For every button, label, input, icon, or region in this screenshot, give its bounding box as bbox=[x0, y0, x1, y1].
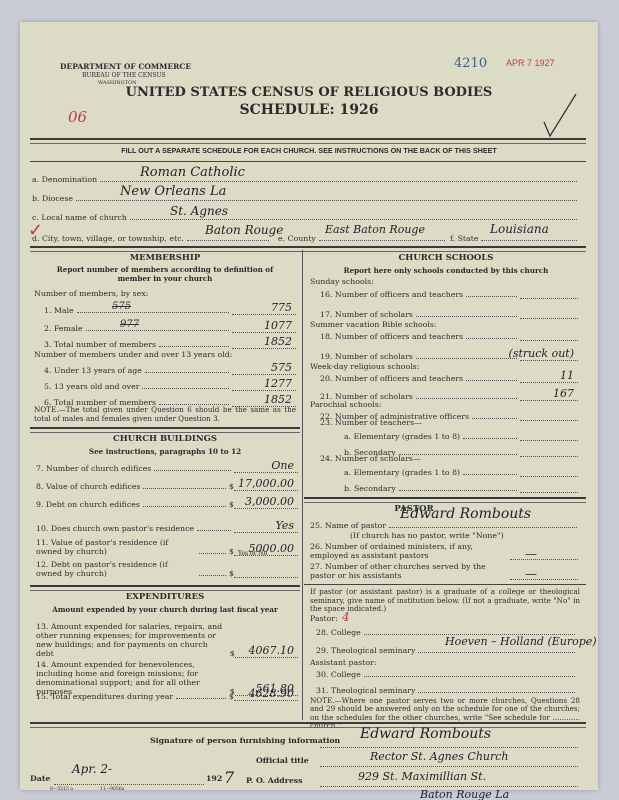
denomination-field[interactable]: a. Denomination bbox=[32, 170, 580, 184]
q26-label: 26. Number of ordained ministers, if any… bbox=[310, 542, 500, 560]
stamp-date: APR 7 1927 bbox=[506, 58, 555, 68]
state-value: Louisiana bbox=[490, 222, 549, 236]
pastor-label: Pastor: bbox=[310, 614, 338, 623]
buildings-q12: 12. Debt on pastor's residence (if owned… bbox=[36, 558, 298, 578]
graduate-note: If pastor (or assistant pastor) is a gra… bbox=[310, 588, 580, 614]
row-label: 10. Does church own pastor's residence bbox=[36, 524, 194, 533]
schools-q5: 21. Number of scholars167 bbox=[320, 388, 578, 401]
membership-q1-answer-field[interactable]: 775 bbox=[232, 302, 296, 315]
schools-q5-answer-field[interactable]: 167 bbox=[520, 388, 578, 401]
buildings-q7-answer-field[interactable]: One bbox=[234, 460, 298, 473]
row-label: 12. Debt on pastor's residence (if owned… bbox=[36, 560, 196, 578]
schools-q2: 18. Number of officers and teachers bbox=[320, 328, 578, 341]
q27-field[interactable] bbox=[510, 579, 578, 580]
department-label: DEPARTMENT OF COMMERCE bbox=[60, 62, 191, 71]
pastor-mark: 4 bbox=[342, 610, 350, 624]
checkmark-icon bbox=[540, 92, 580, 142]
schools-q11: a. Elementary (grades 1 to 8) bbox=[344, 464, 578, 477]
bureau-label: BUREAU OF THE CENSUS bbox=[82, 72, 166, 79]
date-field[interactable] bbox=[54, 784, 204, 785]
q26-value: — bbox=[525, 547, 537, 561]
local-name-value: St. Agnes bbox=[170, 204, 228, 218]
row-label: 15. Total expenditures during year bbox=[36, 692, 173, 701]
answer-value: 4628.90 bbox=[249, 687, 295, 700]
membership-q2-answer-field[interactable]: 1077 bbox=[232, 320, 296, 333]
schools-subheading: 23. Number of teachers— bbox=[320, 418, 422, 427]
answer-value: 167 bbox=[553, 387, 574, 400]
q26-field[interactable] bbox=[510, 559, 578, 560]
buildings-q11-answer-field[interactable]: 5000.00 bbox=[234, 543, 298, 556]
year-prefix: 192 bbox=[206, 774, 222, 783]
margin-mark: 06 bbox=[68, 108, 87, 126]
form-title: UNITED STATES CENSUS OF RELIGIOUS BODIES bbox=[20, 85, 598, 100]
schools-q4: 20. Number of officers and teachers11 bbox=[320, 370, 578, 383]
expenditures-q15: 15. Total expenditures during year$4628.… bbox=[36, 688, 298, 701]
row-label: 7. Number of church edifices bbox=[36, 464, 151, 473]
official-title-label: Official title bbox=[256, 756, 309, 765]
row-label: 18. Number of officers and teachers bbox=[320, 332, 463, 341]
membership-intro: Report number of members according to de… bbox=[40, 265, 290, 283]
membership-q5: 5. 13 years old and over1277 bbox=[44, 378, 296, 391]
schools-q0: 16. Number of officers and teachers bbox=[320, 286, 578, 299]
schools-q2-answer-field[interactable] bbox=[520, 328, 578, 341]
row-label: 13. Amount expended for salaries, repair… bbox=[36, 622, 224, 658]
answer-value: One bbox=[271, 459, 294, 472]
row-label: a. Elementary (grades 1 to 8) bbox=[344, 468, 460, 477]
answer-value: (struck out) bbox=[509, 347, 574, 360]
buildings-q11: 11. Value of pastor's residence (if owne… bbox=[36, 536, 298, 556]
schools-q9-answer-field[interactable] bbox=[520, 444, 578, 457]
census-schedule-sheet: DEPARTMENT OF COMMERCE BUREAU OF THE CEN… bbox=[20, 22, 598, 790]
buildings-q10: 10. Does church own pastor's residenceYe… bbox=[36, 520, 298, 533]
stamp-number: 4210 bbox=[454, 56, 487, 71]
county-value: East Baton Rouge bbox=[325, 223, 425, 236]
answer-value: 3,000.00 bbox=[245, 495, 294, 508]
buildings-q8-answer-field[interactable]: 17,000.00 bbox=[234, 478, 298, 491]
official-title-value: Rector St. Agnes Church bbox=[370, 750, 509, 763]
form-subtitle: SCHEDULE: 1926 bbox=[20, 102, 598, 118]
row-label: 5. 13 years old and over bbox=[44, 382, 139, 391]
membership-q6-answer-field[interactable]: 1852 bbox=[232, 394, 296, 407]
schools-intro: Report here only schools conducted by th… bbox=[306, 266, 586, 275]
answer-value: 1077 bbox=[264, 319, 292, 332]
date-label: Date bbox=[30, 774, 50, 783]
buildings-sub: See instructions, paragraphs 10 to 12 bbox=[30, 447, 300, 456]
membership-note: NOTE.—The total given under Question 6 s… bbox=[34, 405, 296, 423]
row-label: 2. Female bbox=[44, 324, 83, 333]
expenditures-q13: 13. Amount expended for salaries, repair… bbox=[36, 620, 298, 658]
official-title-field[interactable] bbox=[320, 766, 578, 767]
row-label: 21. Number of scholars bbox=[320, 392, 413, 401]
membership-q5-answer-field[interactable]: 1277 bbox=[232, 378, 296, 391]
membership-q3-answer-field[interactable]: 1852 bbox=[232, 336, 296, 349]
expenditures-q13-answer-field[interactable]: 4067.10 bbox=[235, 645, 298, 658]
q29-value: Hoeven – Holland (Europe) bbox=[445, 635, 597, 648]
row-label: a. Elementary (grades 1 to 8) bbox=[344, 432, 460, 441]
year-suffix: 7 bbox=[224, 768, 234, 787]
q27-value: — bbox=[525, 567, 537, 581]
membership-q6: 6. Total number of members1852 bbox=[44, 394, 296, 407]
schools-q12: b. Secondary bbox=[344, 480, 578, 493]
local-name-field[interactable]: c. Local name of church bbox=[32, 208, 580, 222]
answer-value: 5000.00 bbox=[249, 542, 295, 555]
row-label: 3. Total number of members bbox=[44, 340, 156, 349]
expenditures-heading: EXPENDITURES bbox=[30, 592, 300, 602]
address-field[interactable] bbox=[320, 786, 578, 787]
schools-q4-answer-field[interactable]: 11 bbox=[520, 370, 578, 383]
diocese-field[interactable]: b. Diocese bbox=[32, 189, 580, 203]
city-value: Baton Rouge bbox=[205, 223, 283, 237]
membership-q4-answer-field[interactable]: 575 bbox=[232, 362, 296, 375]
buildings-q9-answer-field[interactable]: 3,000.00 bbox=[234, 496, 298, 509]
address-line1: 929 St. Maximillian St. bbox=[358, 770, 486, 783]
answer-value: 575 bbox=[271, 361, 292, 374]
membership-q3: 3. Total number of members1852 bbox=[44, 336, 296, 349]
answer-value: 1852 bbox=[264, 335, 292, 348]
buildings-q8: 8. Value of church edifices$17,000.00 bbox=[36, 478, 298, 491]
membership-q4: 4. Under 13 years of age575 bbox=[44, 362, 296, 375]
schools-q11-answer-field[interactable] bbox=[520, 464, 578, 477]
membership-q2: 2. Female1077 bbox=[44, 320, 296, 333]
q31-field[interactable]: 31. Theological seminary bbox=[316, 682, 578, 695]
answer-value: 1277 bbox=[264, 377, 292, 390]
schools-q0-answer-field[interactable] bbox=[520, 286, 578, 299]
address-line2: Baton Rouge La bbox=[420, 788, 509, 800]
buildings-q12-answer-field[interactable] bbox=[234, 565, 298, 578]
row-label: 20. Number of officers and teachers bbox=[320, 374, 463, 383]
row-label: 8. Value of church edifices bbox=[36, 482, 140, 491]
schools-subheading: 24. Number of scholars— bbox=[320, 454, 421, 463]
answer-value: Yes bbox=[276, 519, 294, 532]
expenditures-sub: Amount expended by your church during la… bbox=[30, 605, 300, 614]
schools-q1-answer-field[interactable] bbox=[520, 306, 578, 319]
row-label: 9. Debt on church edifices bbox=[36, 500, 140, 509]
buildings-q10-answer-field[interactable]: Yes bbox=[234, 520, 298, 533]
schools-q6-answer-field[interactable] bbox=[520, 408, 578, 421]
address-label: P. O. Address bbox=[246, 776, 303, 785]
row-label: 19. Number of scholars bbox=[320, 352, 413, 361]
row-label: 4. Under 13 years of age bbox=[44, 366, 142, 375]
row-label: b. Secondary bbox=[344, 484, 396, 493]
answer-value: 1852 bbox=[264, 393, 292, 406]
row-label: 6. Total number of members bbox=[44, 398, 156, 407]
no-pastor-hint: (If church has no pastor, write "None") bbox=[350, 531, 504, 540]
age-label: Number of members under and over 13 year… bbox=[34, 350, 232, 359]
sunday-schools-label: Sunday schools: bbox=[310, 277, 374, 286]
row-label: 17. Number of scholars bbox=[320, 310, 413, 319]
buildings-q9: 9. Debt on church edifices$3,000.00 bbox=[36, 496, 298, 509]
schools-heading: CHURCH SCHOOLS bbox=[306, 253, 586, 263]
denomination-value: Roman Catholic bbox=[140, 165, 245, 180]
schools-q1: 17. Number of scholars bbox=[320, 306, 578, 319]
pastor-name-value: Edward Rombouts bbox=[400, 506, 531, 522]
diocese-value: New Orleans La bbox=[120, 184, 226, 199]
answer-value: 775 bbox=[271, 301, 292, 314]
print-code-2: 11—9056a bbox=[100, 787, 124, 792]
struck-value: 977 bbox=[120, 319, 139, 330]
red-tick-mark: ✓ bbox=[28, 220, 43, 241]
row-label: 11. Value of pastor's residence (if owne… bbox=[36, 538, 196, 556]
print-code-1: 8—5515 a bbox=[50, 787, 73, 792]
row-label: 16. Number of officers and teachers bbox=[320, 290, 463, 299]
signature-field[interactable] bbox=[320, 747, 578, 748]
answer-value: 4067.10 bbox=[249, 644, 295, 657]
instruction-banner: FILL OUT A SEPARATE SCHEDULE FOR EACH CH… bbox=[20, 146, 598, 155]
schools-q12-answer-field[interactable] bbox=[520, 480, 578, 493]
date-value: Apr. 2- bbox=[72, 762, 112, 776]
schools-q3: 19. Number of scholars(struck out) bbox=[320, 348, 578, 361]
buildings-q7: 7. Number of church edificesOne bbox=[36, 460, 298, 473]
schools-q8: a. Elementary (grades 1 to 8) bbox=[344, 428, 578, 441]
by-sex-label: Number of members, by sex: bbox=[34, 289, 148, 298]
schools-q3-answer-field[interactable]: (struck out) bbox=[520, 348, 578, 361]
q30-field[interactable]: 30. College bbox=[316, 666, 578, 679]
membership-q1: 1. Male775 bbox=[44, 302, 296, 315]
answer-value: 17,000.00 bbox=[238, 477, 294, 490]
q27-label: 27. Number of other churches served by t… bbox=[310, 562, 500, 580]
expenditures-q15-answer-field[interactable]: 4628.90 bbox=[234, 688, 298, 701]
answer-value: 11 bbox=[560, 369, 574, 382]
signature-value: Edward Rombouts bbox=[360, 726, 491, 742]
buildings-heading: CHURCH BUILDINGS bbox=[30, 434, 300, 444]
schools-q8-answer-field[interactable] bbox=[520, 428, 578, 441]
struck-value: 575 bbox=[112, 301, 131, 312]
row-label: 1. Male bbox=[44, 306, 74, 315]
membership-heading: MEMBERSHIP bbox=[30, 253, 300, 263]
signature-label: Signature of person furnishing informati… bbox=[150, 736, 340, 745]
